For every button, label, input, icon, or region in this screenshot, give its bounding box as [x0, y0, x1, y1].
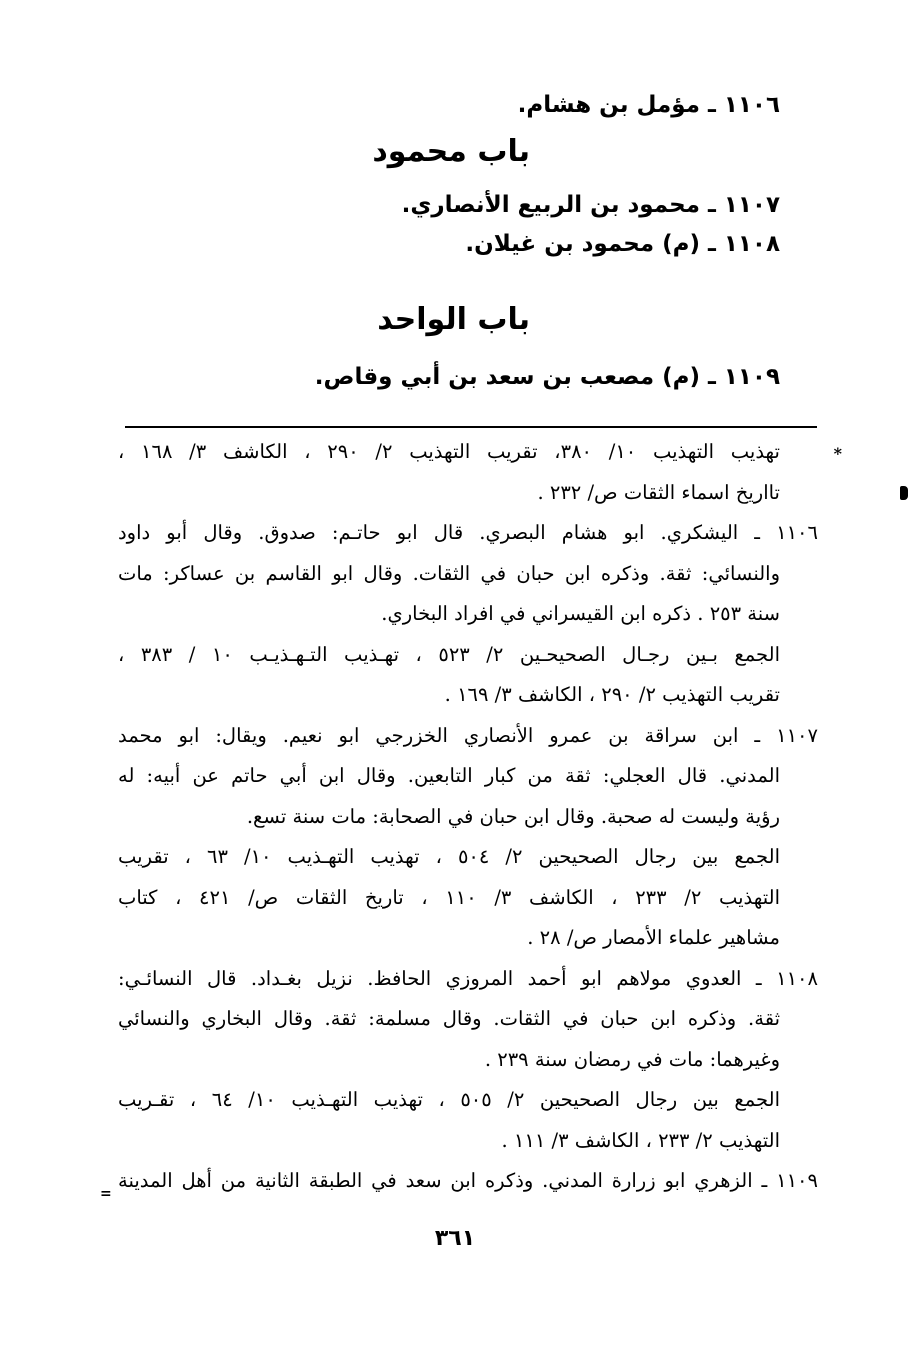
footnote-line: المدني. قال العجلي: ثقة من كبار التابعين… — [118, 756, 818, 797]
footnote-star-marker: * — [834, 444, 842, 463]
chapter-heading-mahmud: باب محمود — [372, 134, 530, 169]
page-number: ٣٦١ — [0, 1226, 910, 1251]
footnote-line: تااريخ اسماء الثقات ص/ ٢٣٢ . — [118, 473, 818, 514]
entry-1108: ١١٠٨ ـ (م) محمود بن غيلان. — [465, 231, 780, 257]
footnote-line: ١١٠٩ ـ الزهري ابو زرارة المدني. وذكره اب… — [118, 1161, 818, 1202]
footnote-continues-marker: = — [100, 1186, 112, 1202]
entry-1109: ١١٠٩ ـ (م) مصعب بن سعد بن أبي وقاص. — [315, 364, 780, 390]
footnote-separator-rule — [125, 426, 817, 428]
footnote-line: الجمع بين رجال الصحيحين ٢/ ٥٠٤ ، تهذيب ا… — [118, 837, 818, 878]
footnote-line: سنة ٢٥٣ . ذكره ابن القيسراني في افراد ال… — [118, 594, 818, 635]
footnote-line: تهذيب التهذيب ١٠/ ٣٨٠، تقريب التهذيب ٢/ … — [118, 432, 818, 473]
footnote-1108: ١١٠٨ ـ العدوي مولاهم ابو أحمد المروزي ال… — [118, 959, 818, 1162]
footnote-line: تقريب التهذيب ٢/ ٢٩٠ ، الكاشف ٣/ ١٦٩ . — [118, 675, 818, 716]
footnote-star: * تهذيب التهذيب ١٠/ ٣٨٠، تقريب التهذيب ٢… — [118, 432, 818, 513]
footnote-line: ١١٠٨ ـ العدوي مولاهم ابو أحمد المروزي ال… — [118, 959, 818, 1000]
book-page: ١١٠٦ ـ مؤمل بن هشام. باب محمود ١١٠٧ ـ مح… — [0, 0, 910, 1364]
footnote-line: ١١٠٦ ـ اليشكري. ابو هشام البصري. قال ابو… — [118, 513, 818, 554]
footnote-1107: ١١٠٧ ـ ابن سراقة بن عمرو الأنصاري الخزرج… — [118, 716, 818, 959]
chapter-heading-wahid: باب الواحد — [377, 302, 530, 337]
entry-1106: ١١٠٦ ـ مؤمل بن هشام. — [518, 92, 780, 118]
footnote-line: ١١٠٧ ـ ابن سراقة بن عمرو الأنصاري الخزرج… — [118, 716, 818, 757]
footnote-line: وغيرهما: مات في رمضان سنة ٢٣٩ . — [118, 1040, 818, 1081]
page-edge-mark — [900, 486, 908, 500]
footnote-line: ثقة. وذكره ابن حبان في الثقات. وقال مسلم… — [118, 999, 818, 1040]
footnotes-section: * تهذيب التهذيب ١٠/ ٣٨٠، تقريب التهذيب ٢… — [118, 432, 818, 1202]
footnote-line: التهذيب ٢/ ٢٣٣ ، الكاشف ٣/ ١١٠ ، تاريخ ا… — [118, 878, 818, 919]
footnote-line: والنسائي: ثقة. وذكره ابن حبان في الثقات.… — [118, 554, 818, 595]
footnote-1109: ١١٠٩ ـ الزهري ابو زرارة المدني. وذكره اب… — [118, 1161, 818, 1202]
footnote-line: الجمع بـين رجـال الصحيحـين ٢/ ٥٢٣ ، تهـذ… — [118, 635, 818, 676]
footnote-line: رؤية وليست له صحبة. وقال ابن حبان في الص… — [118, 797, 818, 838]
footnote-line: الجمع بين رجال الصحيحين ٢/ ٥٠٥ ، تهذيب ا… — [118, 1080, 818, 1121]
footnote-line: التهذيب ٢/ ٢٣٣ ، الكاشف ٣/ ١١١ . — [118, 1121, 818, 1162]
entry-1107: ١١٠٧ ـ محمود بن الربيع الأنصاري. — [402, 192, 780, 218]
footnote-1106: ١١٠٦ ـ اليشكري. ابو هشام البصري. قال ابو… — [118, 513, 818, 716]
footnote-line: مشاهير علماء الأمصار ص/ ٢٨ . — [118, 918, 818, 959]
